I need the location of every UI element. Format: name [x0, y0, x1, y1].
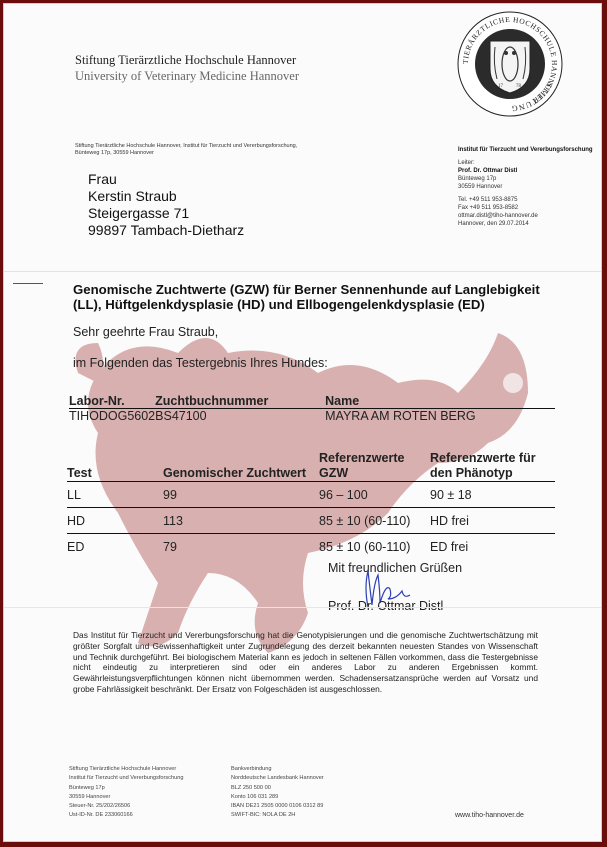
letter-page: Stiftung Tierärztliche Hochschule Hannov…: [3, 3, 602, 842]
header-zuchtbuchnummer: Zuchtbuchnummer: [155, 389, 325, 409]
letter-title: Genomische Zuchtwerte (GZW) für Berner S…: [73, 282, 553, 312]
leader-label: Leiter:: [458, 159, 602, 167]
leader-name: Prof. Dr. Ottmar Distl: [458, 167, 602, 175]
owl-seal-icon: 17 78 STIFTUNG TIERÄRZTLICHE HOCHSCHULE …: [455, 9, 565, 119]
gzw-cell: 99: [163, 482, 319, 508]
header-ref-gzw: Referenzwerte GZW: [319, 449, 430, 482]
scan-fold-line: [3, 607, 602, 608]
email-address[interactable]: ottmar.distl@tiho-hannover.de: [458, 212, 602, 220]
recipient-city: 99897 Tambach-Dietharz: [88, 222, 244, 239]
ref-phenotype-cell: ED frei: [430, 534, 555, 560]
ref-gzw-cell: 96 – 100: [319, 482, 430, 508]
recipient-name: Kerstin Straub: [88, 188, 244, 205]
ref-phenotype-cell: 90 ± 18: [430, 482, 555, 508]
ref-gzw-cell: 85 ± 10 (60-110): [319, 508, 430, 534]
table-row: LL 99 96 – 100 90 ± 18: [67, 482, 555, 508]
fax-number: Fax +49 511 953-8582: [458, 204, 602, 212]
intro-text: im Folgenden das Testergebnis Ihres Hund…: [73, 356, 328, 370]
disclaimer-paragraph: Das Institut für Tierzucht und Vererbung…: [73, 630, 538, 695]
table-row: TIHODOG5602 BS47100 MAYRA AM ROTEN BERG: [69, 409, 555, 426]
header-ref-phenotype: Referenzwerte für den Phänotyp: [430, 449, 555, 482]
footer-address: Stiftung Tierärztliche Hochschule Hannov…: [69, 765, 183, 821]
header-name: Name: [325, 389, 555, 409]
greeting: Sehr geehrte Frau Straub,: [73, 325, 218, 339]
header-labor-nr: Labor-Nr.: [69, 389, 155, 409]
dog-name-value: MAYRA AM ROTEN BERG: [325, 409, 555, 426]
institution-name-en: University of Veterinary Medicine Hannov…: [75, 69, 299, 84]
recipient-address: Frau Kerstin Straub Steigergasse 71 9989…: [88, 171, 244, 239]
signer-name: Prof. Dr. Ottmar Distl: [328, 599, 443, 613]
gzw-cell: 79: [163, 534, 319, 560]
phone-number: Tel. +49 511 953-8875: [458, 196, 602, 204]
table-row: ED 79 85 ± 10 (60-110) ED frei: [67, 534, 555, 560]
letter-date: Hannover, den 29.07.2014: [458, 220, 602, 228]
labor-nr-value: TIHODOG5602: [69, 409, 155, 426]
institution-name-de: Stiftung Tierärztliche Hochschule Hannov…: [75, 53, 296, 68]
institute-name: Institut für Tierzucht und Vererbungsfor…: [458, 146, 602, 154]
fold-mark: [13, 283, 43, 284]
ref-phenotype-cell: HD frei: [430, 508, 555, 534]
svg-text:78: 78: [516, 84, 522, 89]
ref-gzw-cell: 85 ± 10 (60-110): [319, 534, 430, 560]
footer-bank-details: Bankverbindung Norddeutsche Landesbank H…: [231, 765, 324, 821]
test-cell: LL: [67, 482, 163, 508]
recipient-salutation: Frau: [88, 171, 244, 188]
sidebar-contact-block: Institut für Tierzucht und Vererbungsfor…: [458, 146, 602, 228]
test-cell: ED: [67, 534, 163, 560]
dog-info-table: Labor-Nr. Zuchtbuchnummer Name TIHODOG56…: [69, 389, 555, 425]
header-gzw: Genomischer Zuchtwert: [163, 449, 319, 482]
header-test: Test: [67, 449, 163, 482]
institute-street: Bünteweg 17p: [458, 175, 602, 183]
zuchtbuchnummer-value: BS47100: [155, 409, 325, 426]
institute-city: 30559 Hannover: [458, 183, 602, 191]
sender-return-address: Stiftung Tierärztliche Hochschule Hannov…: [75, 143, 315, 157]
results-table: Test Genomischer Zuchtwert Referenzwerte…: [67, 449, 555, 559]
scan-fold-line: [3, 271, 602, 272]
recipient-street: Steigergasse 71: [88, 205, 244, 222]
svg-text:17: 17: [498, 84, 504, 89]
test-cell: HD: [67, 508, 163, 534]
website-link[interactable]: www.tiho-hannover.de: [455, 812, 524, 819]
gzw-cell: 113: [163, 508, 319, 534]
table-row: HD 113 85 ± 10 (60-110) HD frei: [67, 508, 555, 534]
